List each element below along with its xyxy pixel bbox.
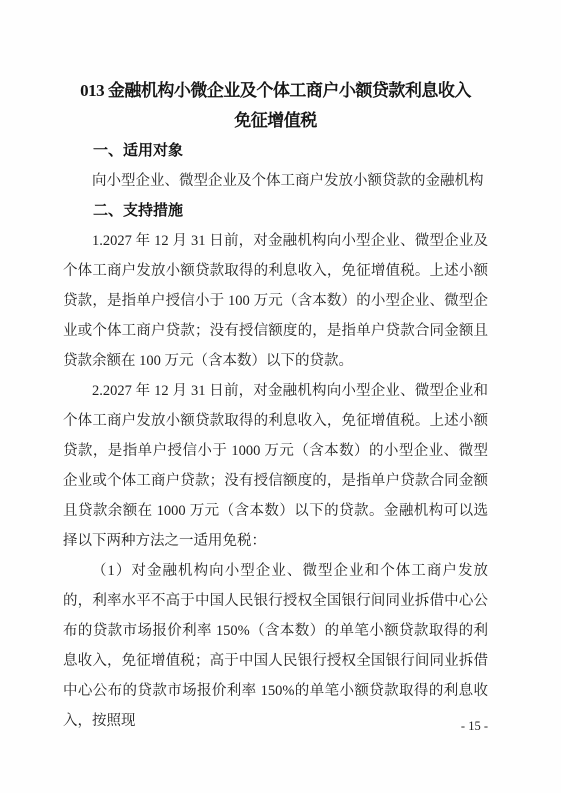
section-heading-applicable-targets: 一、适用对象: [63, 136, 488, 166]
paragraph-measure-2-method-1: （1）对金融机构向小型企业、微型企业和个体工商户发放的，利率水平不高于中国人民银…: [63, 556, 488, 736]
document-title: 013 金融机构小微企业及个体工商户小额贷款利息收入 免征增值税: [63, 76, 488, 136]
document-page: 013 金融机构小微企业及个体工商户小额贷款利息收入 免征增值税 一、适用对象 …: [0, 0, 561, 793]
paragraph-applicable-targets: 向小型企业、微型企业及个体工商户发放小额贷款的金融机构: [63, 166, 488, 196]
section-heading-support-measures: 二、支持措施: [63, 196, 488, 226]
document-title-line-1: 013 金融机构小微企业及个体工商户小额贷款利息收入: [63, 76, 488, 106]
paragraph-measure-2: 2.2027 年 12 月 31 日前，对金融机构向小型企业、微型企业和个体工商…: [63, 376, 488, 556]
page-number: - 15 -: [461, 719, 488, 734]
document-title-line-2: 免征增值税: [63, 106, 488, 136]
paragraph-measure-1: 1.2027 年 12 月 31 日前，对金融机构向小型企业、微型企业及个体工商…: [63, 226, 488, 376]
